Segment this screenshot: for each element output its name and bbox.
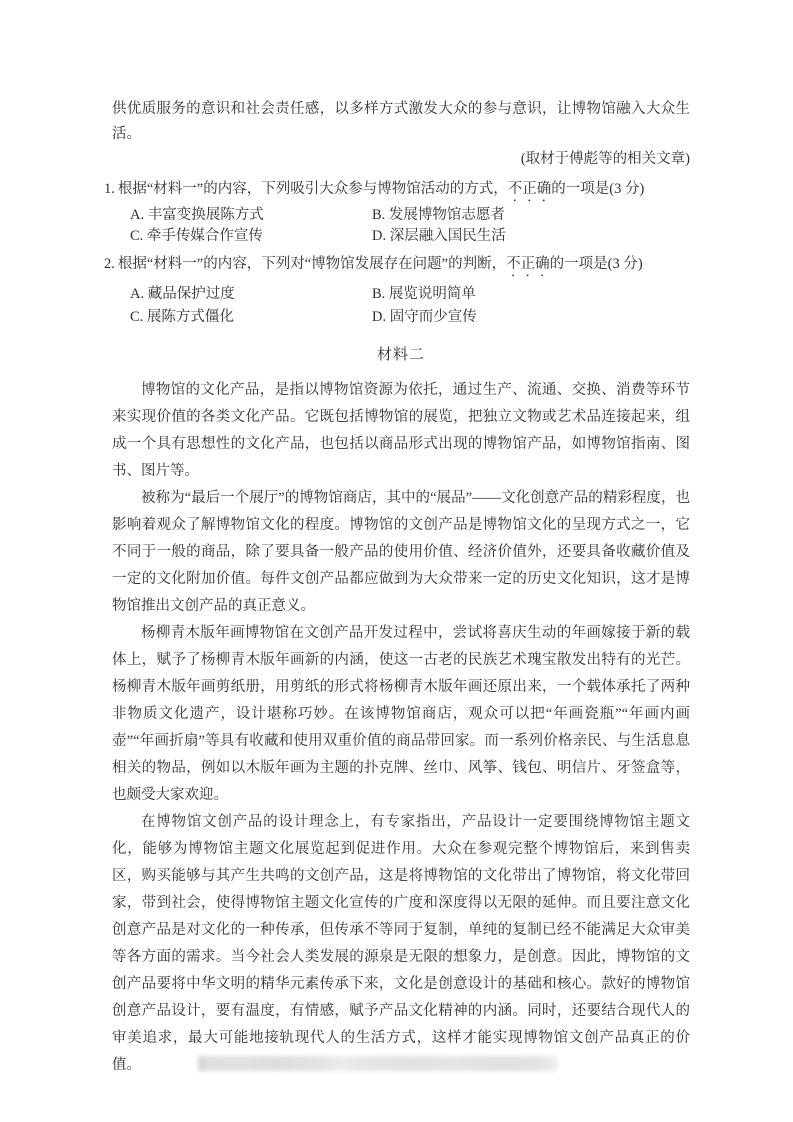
- question-1-options: A. 丰富变换展陈方式 B. 发展博物馆志愿者 C. 牵手传媒合作宣传 D. 深…: [112, 205, 690, 247]
- question-2-number: 2.: [104, 256, 115, 272]
- material-2-paragraph-3: 杨柳青木版年画博物馆在文创产品开发过程中，尝试将喜庆生动的年画嫁接于新的载体上，…: [112, 620, 690, 809]
- question-2-option-d: D. 固守而少宣传: [372, 306, 690, 329]
- question-1-option-b: B. 发展博物馆志愿者: [372, 205, 690, 226]
- question-1-stem: 1.根据“材料一”的内容，下列吸引大众参与博物馆活动的方式，不正确的一项是(3 …: [104, 177, 690, 205]
- source-attribution: (取材于傅彪等的相关文章): [112, 147, 690, 172]
- material-2-paragraph-2: 被称为“最后一个展厅”的博物馆商店，其中的“展品”——文化创意产品的精彩程度，也…: [112, 485, 690, 620]
- exam-content: 供优质服务的意识和社会责任感，以多样方式激发大众的参与意识，让博物馆融入大众生活…: [112, 97, 690, 1079]
- question-2-option-b: B. 展览说明简单: [372, 283, 690, 306]
- question-1: 1.根据“材料一”的内容，下列吸引大众参与博物馆活动的方式，不正确的一项是(3 …: [112, 177, 690, 247]
- question-2: 2.根据“材料一”的内容，下列对“博物馆发展存在问题”的判断，不正确的一项是(3…: [112, 252, 690, 329]
- question-1-number: 1.: [104, 181, 115, 197]
- question-1-option-a: A. 丰富变换展陈方式: [130, 205, 372, 226]
- question-2-option-c: C. 展陈方式僵化: [130, 306, 372, 329]
- question-2-options: A. 藏品保护过度 B. 展览说明简单 C. 展陈方式僵化 D. 固守而少宣传: [112, 283, 690, 329]
- material-2-paragraph-4: 在博物馆文创产品的设计理念上，有专家指出，产品设计一定要围绕博物馆主题文化，能够…: [112, 809, 690, 1079]
- question-1-option-d: D. 深层融入国民生活: [372, 226, 690, 247]
- question-2-emphasized-text: 不正确: [506, 256, 550, 272]
- question-1-option-c: C. 牵手传媒合作宣传: [130, 226, 372, 247]
- material-2-heading: 材料二: [112, 345, 690, 365]
- material-2-paragraph-1: 博物馆的文化产品，是指以博物馆资源为依托，通过生产、流通、交换、消费等环节来实现…: [112, 377, 690, 485]
- question-1-stem-before: 根据“材料一”的内容，下列吸引大众参与博物馆活动的方式，: [118, 181, 508, 197]
- continuation-text: 供优质服务的意识和社会责任感，以多样方式激发大众的参与意识，让博物馆融入大众生活…: [112, 97, 690, 147]
- scanned-exam-page: 供优质服务的意识和社会责任感，以多样方式激发大众的参与意识，让博物馆融入大众生活…: [0, 0, 793, 1122]
- question-1-emphasized-text: 不正确: [508, 181, 552, 197]
- question-2-stem: 2.根据“材料一”的内容，下列对“博物馆发展存在问题”的判断，不正确的一项是(3…: [104, 252, 690, 280]
- question-1-stem-after: 的一项是(3 分): [551, 181, 644, 197]
- question-2-stem-before: 根据“材料一”的内容，下列对“博物馆发展存在问题”的判断，: [118, 256, 506, 272]
- watermark-smudge: [198, 1056, 558, 1071]
- question-2-option-a: A. 藏品保护过度: [130, 283, 372, 306]
- question-2-stem-after: 的一项是(3 分): [550, 256, 643, 272]
